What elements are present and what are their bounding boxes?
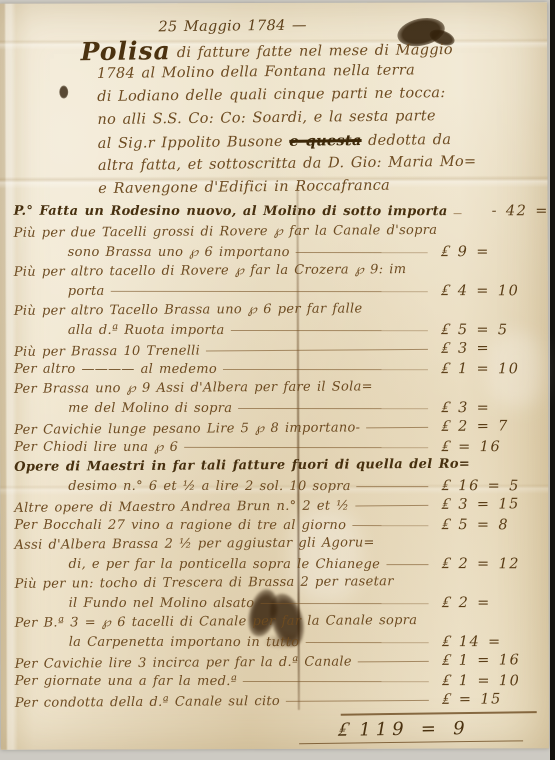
header-line: e Ravengone d'Edifici in Roccafranca [98, 173, 542, 201]
entry-amount [458, 272, 542, 273]
document-header: 25 Maggio 1784 — Polisadi fatture fatte … [8, 4, 542, 202]
fill-line [386, 564, 428, 565]
lira-symbol: ₤ [433, 475, 460, 495]
entry-row: Per Cavichie lunge pesano Lire 5 ℘ 8 imp… [10, 415, 542, 438]
entry-amount: 3 = [458, 339, 542, 359]
entry-row: Più per Brassa 10 Trenelli ₤ 3 = [10, 337, 542, 360]
entry-text: Più per due Tacelli grossi di Rovere ℘ f… [14, 220, 438, 242]
manuscript-text: 25 Maggio 1784 — Polisadi fatture fatte … [9, 6, 543, 743]
entry-text: Più per altro tacello di Rovere ℘ far la… [14, 260, 407, 282]
header-text: dedotta da [362, 132, 452, 149]
entry-row: Per Chiodi lire una ℘ 6 ₤ = 16 [10, 436, 542, 456]
fill-line [454, 213, 462, 214]
entry-text: Per Bocchali 27 vino a ragione di tre al… [14, 516, 346, 536]
entry-row: il Fundo nel Molino alsato ₤ 2 = [11, 592, 543, 612]
entry-amount [459, 584, 543, 585]
total-block: ₤ 119 = 9 [313, 711, 537, 744]
entry-row: alla d.ª Ruota importa ₤ 5 = 5 [10, 319, 542, 339]
entry-text: P.° Fatta un Rodesino nuovo, al Molino d… [14, 202, 448, 222]
entry-row: Per B.ª 3 = ℘ 6 tacelli di Canale per fa… [11, 610, 543, 633]
lira-symbol: ₤ [432, 436, 459, 456]
lira-symbol: ₤ [433, 688, 460, 708]
entry-text: Opere di Maestri in far tali fatture fuo… [14, 454, 470, 477]
lira-symbol: ₤ [433, 514, 460, 534]
lira-symbol: ₤ [433, 493, 460, 513]
lira-symbol: ₤ [433, 631, 460, 651]
entry-row: Per condotta della d.ª Canale sul cito ₤… [11, 688, 543, 711]
fill-line [358, 661, 429, 662]
fill-line [238, 408, 428, 409]
entry-row: P.° Fatta un Rodesino nuovo, al Molino d… [10, 202, 542, 222]
fill-line [286, 700, 429, 702]
entry-row: Altre opere di Maestro Andrea Brun n.° 2… [10, 493, 542, 516]
entry-amount [461, 623, 545, 624]
lira-symbol: ₤ [433, 670, 460, 690]
entry-text: porta [68, 282, 105, 302]
fill-line [206, 349, 428, 352]
entry-text: il Fundo nel Molino alsato [69, 594, 255, 614]
fill-line [355, 505, 428, 507]
entry-amount: = 15 [459, 690, 543, 710]
entry-text: Più per altro Tacello Brassa uno ℘ 6 per… [14, 299, 363, 321]
lira-symbol: ₤ [433, 649, 460, 669]
entry-row: Per Brassa uno ℘ 9 Assi d'Albera per far… [10, 376, 542, 399]
entry-row: Più per altro tacello di Rovere ℘ far la… [10, 259, 542, 282]
entry-row: Assi d'Albera Brassa 2 ½ per aggiustar g… [10, 532, 542, 555]
entry-amount [458, 545, 542, 546]
fill-line [231, 330, 428, 331]
lira-symbol: ₤ [432, 358, 459, 378]
entry-row: sono Brassa uno ℘ 6 importano ₤ 9 = [10, 241, 542, 261]
entry-row: desimo n.° 6 et ½ a lire 2 sol. 10 sopra… [10, 475, 542, 495]
total-amount: 119 = 9 [359, 716, 470, 743]
entry-text: me del Molino di sopra [68, 399, 232, 419]
fill-line [366, 427, 428, 428]
entry-row: Per altro ———— al medemo ₤ 1 = 10 [10, 358, 542, 378]
fill-line [296, 252, 428, 253]
title-rest: di fatture fatte nel mese di Maggio [177, 42, 453, 61]
entry-row: Per Bocchali 27 vino a ragione di tre al… [10, 514, 542, 534]
entry-row: Opere di Maestri in far tali fatture fuo… [10, 454, 542, 477]
entry-row: Più per un: tocho di Trescera di Brassa … [10, 571, 542, 594]
lira-symbol: ₤ [432, 397, 459, 417]
fill-line [111, 291, 428, 292]
entry-row: Per Cavichie lire 3 incirca per far la d… [11, 649, 543, 672]
entry-row: Per giornate una a far la med.ª ₤ 1 = 10 [11, 670, 543, 690]
entry-text: Per Chiodi lire una ℘ 6 [14, 438, 178, 458]
entry-amount: 3 = 15 [458, 495, 542, 515]
lira-symbol: ₤ [432, 280, 459, 300]
entry-row: porta ₤ 4 = 10 [10, 280, 542, 300]
entry-text: Per altro ———— al medemo [14, 360, 217, 380]
entry-text: Più per un: tocho di Trescera di Brassa … [14, 572, 393, 594]
scan-edge-strip [550, 0, 555, 760]
header-text: al Sig.r Ippolito Busone [98, 134, 290, 152]
fill-line [352, 525, 428, 526]
fill-line [223, 369, 428, 370]
entry-text: alla d.ª Ruota importa [68, 321, 225, 341]
entry-text: Per Brassa uno ℘ 9 Assi d'Albera per far… [14, 377, 373, 399]
entry-amount [458, 311, 542, 312]
lira-symbol: ₤ [432, 319, 459, 339]
lira-symbol: ₤ [432, 337, 459, 357]
entry-text: Assi d'Albera Brassa 2 ½ per aggiustar g… [14, 533, 374, 555]
entry-text: Per B.ª 3 = ℘ 6 tacelli di Canale per fa… [15, 611, 418, 633]
lira-symbol: ₤ [336, 715, 351, 741]
fill-line [305, 642, 428, 643]
entry-row: Più per altro Tacello Brassa uno ℘ 6 per… [10, 298, 542, 321]
entry-text: Per giornate una a far la med.ª [15, 672, 237, 692]
fill-line [260, 603, 428, 604]
lira-symbol: ₤ [432, 241, 459, 261]
fill-line [184, 447, 428, 448]
entry-row: Più per due Tacelli grossi di Rovere ℘ f… [10, 220, 542, 243]
lira-symbol: ₤ [433, 592, 460, 612]
entry-amount: 2 = 7 [458, 417, 542, 437]
fill-line [243, 681, 429, 682]
lira-symbol: ₤ [433, 553, 460, 573]
entry-row: me del Molino di sopra ₤ 3 = [10, 397, 542, 417]
entry-row: di, e per far la ponticella sopra le Chi… [10, 553, 542, 573]
entry-text: la Carpenetta importano in tutto [69, 633, 300, 653]
entry-amount [458, 389, 542, 390]
entry-amount: 1 = 16 [459, 651, 543, 671]
entry-text: desimo n.° 6 et ½ a lire 2 sol. 10 sopra [68, 477, 351, 497]
lira-symbol: ₤ [432, 415, 459, 435]
struck-text: e questa [289, 132, 362, 150]
entry-text: Per condotta della d.ª Canale sul cito [15, 691, 280, 712]
entry-text: sono Brassa uno ℘ 6 importano [68, 243, 290, 263]
entry-row: la Carpenetta importano in tutto ₤ 14 = [11, 631, 543, 651]
manuscript-page: 25 Maggio 1784 — Polisadi fatture fatte … [0, 2, 549, 749]
entry-amount: - 42 = [492, 202, 555, 222]
entry-amount [481, 232, 555, 233]
ledger-entries: P.° Fatta un Rodesino nuovo, al Molino d… [10, 201, 543, 709]
fill-line [357, 486, 429, 487]
entry-amount [514, 466, 555, 467]
total-line: ₤ 119 = 9 [313, 713, 537, 742]
photo-of-manuscript: { "colors":{"ink":"#6d4b21","ink_dark":"… [0, 0, 555, 760]
